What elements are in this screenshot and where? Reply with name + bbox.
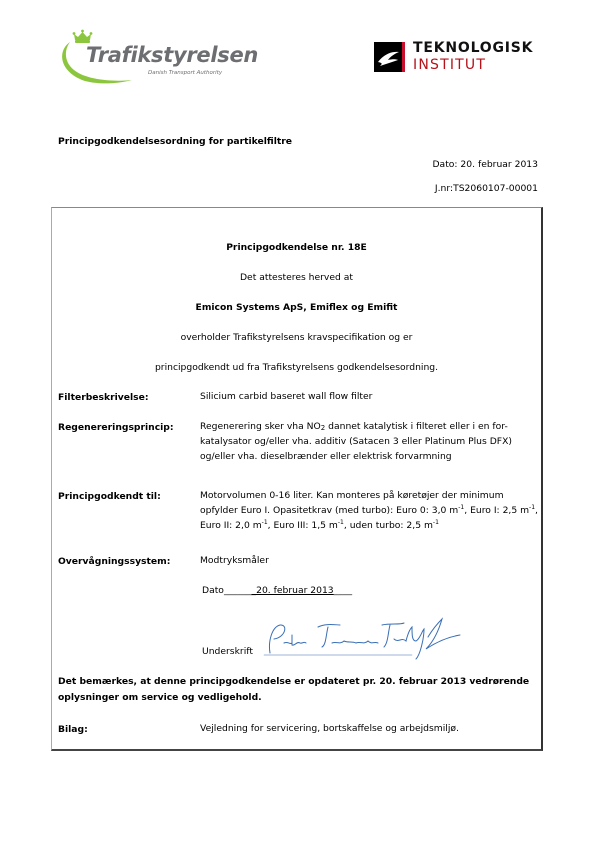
regeneration-value: Regenerering sker vha NO2 dannet katalyt… (200, 419, 540, 464)
logo-accent-bar (402, 42, 405, 72)
trafikstyrelsen-logo: Trafikstyrelsen Danish Transport Authori… (56, 26, 246, 86)
opacity-item: uden turbo: 2,5 m (350, 520, 433, 531)
journal-number: J.nr:TS2060107-00001 (435, 183, 538, 194)
attachment-label: Bilag: (58, 724, 88, 735)
exponent: -1 (338, 519, 344, 526)
trafikstyrelsen-wordmark: Trafikstyrelsen (86, 43, 258, 67)
compliance-text-2: principgodkendt ud fra Trafikstyrelsens … (52, 362, 541, 373)
teknologisk-wordmark: TEKNOLOGISK (413, 40, 533, 56)
filter-value: Silicium carbid baseret wall flow filter (200, 389, 540, 404)
opacity-item: Euro I: 2,5 m (470, 505, 529, 516)
attachment-value: Vejledning for servicering, bortskaffels… (200, 721, 540, 736)
exponent: -1 (262, 519, 268, 526)
handwritten-signature (262, 613, 462, 663)
monitoring-label: Overvågningssystem: (58, 556, 170, 567)
document-heading: Principgodkendelsesordning for partikelf… (58, 136, 292, 147)
company-name: Emicon Systems ApS, Emiflex og Emifit (52, 302, 541, 313)
filter-label: Filterbeskrivelse: (58, 392, 149, 403)
update-note: Det bemærkes, at denne principgodkendels… (58, 674, 538, 706)
attest-text: Det attesteres herved at (52, 272, 541, 283)
approved-for-value: Motorvolumen 0-16 liter. Kan monteres på… (200, 488, 540, 533)
date-blank: ______ (224, 585, 252, 596)
certificate-box: Principgodkendelse nr. 18E Det attestere… (51, 207, 543, 751)
opacity-item: Euro II: 2,0 m (200, 520, 262, 531)
document-date: Dato: 20. februar 2013 (432, 159, 538, 170)
bird-icon (374, 42, 402, 72)
compliance-text-1: overholder Trafikstyrelsens kravspecifik… (52, 332, 541, 343)
exponent: -1 (458, 504, 464, 511)
certificate-title: Principgodkendelse nr. 18E (52, 242, 541, 253)
monitoring-value: Modtryksmåler (200, 553, 540, 568)
trafikstyrelsen-tagline: Danish Transport Authority (148, 70, 222, 76)
signature-label: Underskrift (202, 646, 253, 657)
exponent: -1 (529, 504, 535, 511)
teknologisk-institut-logo: TEKNOLOGISK INSTITUT (374, 40, 554, 76)
regeneration-label: Regenereringsprincip: (58, 422, 174, 433)
approved-for-label: Principgodkendt til: (58, 491, 161, 502)
signature-date-value: _20. februar 2013 (252, 585, 334, 596)
opacity-item: Euro 0: 3,0 m (396, 505, 458, 516)
exponent: -1 (433, 519, 439, 526)
opacity-item: Euro III: 1,5 m (274, 520, 338, 531)
date-blank-end: ____ (334, 585, 352, 596)
institut-wordmark: INSTITUT (413, 57, 486, 73)
signature-date: Dato_______20. februar 2013____ (202, 585, 352, 596)
regen-text-pre: Regenerering sker vha NO (200, 421, 321, 432)
date-label: Dato (202, 585, 224, 596)
